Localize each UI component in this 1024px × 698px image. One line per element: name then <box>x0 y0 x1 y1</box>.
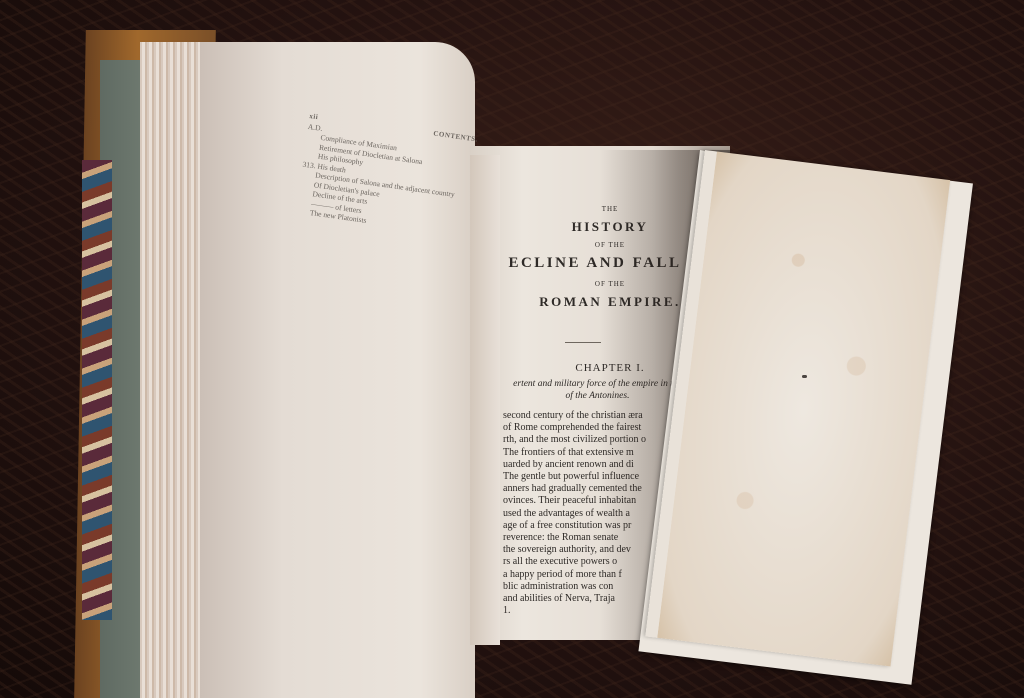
paper-speck <box>802 375 807 378</box>
title-rule <box>565 342 601 343</box>
marbled-edge <box>82 160 112 620</box>
page-number: xii <box>309 112 319 123</box>
year-marker: 313. <box>302 159 316 170</box>
